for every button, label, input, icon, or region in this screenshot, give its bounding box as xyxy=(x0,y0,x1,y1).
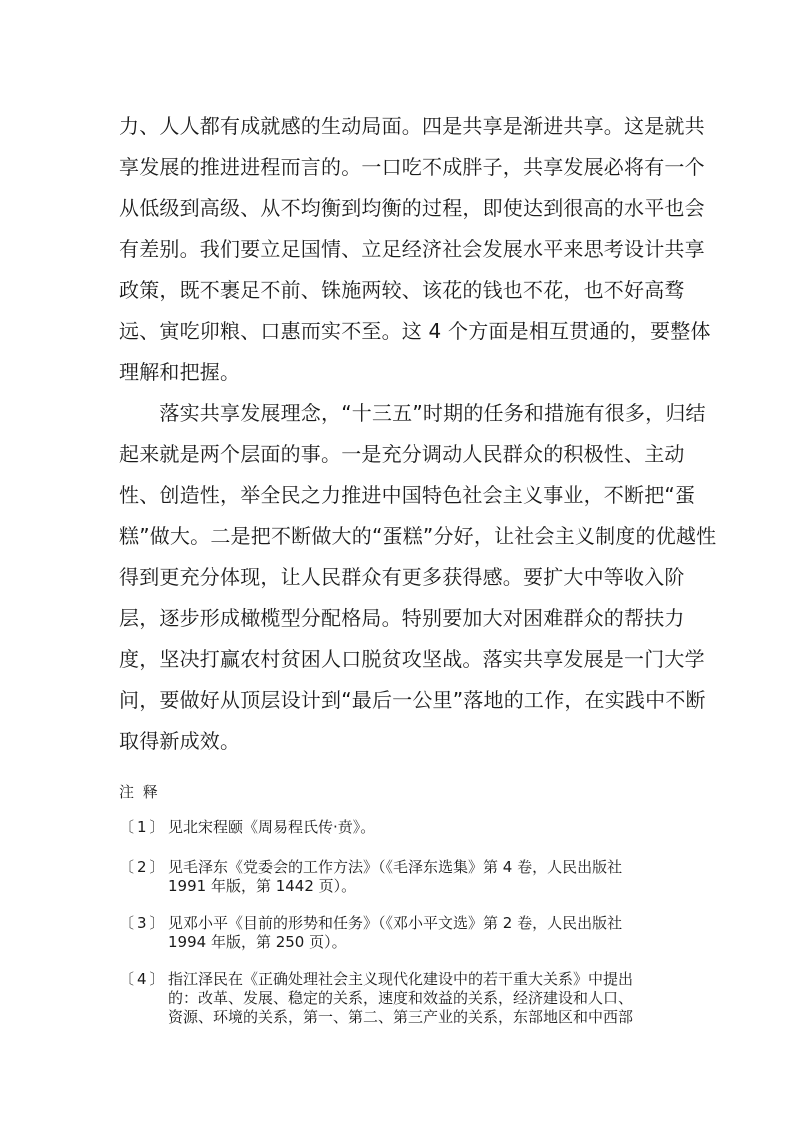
footnote-text: 见邓小平《目前的形势和任务》（《邓小平文选》第 2 卷，人民出版社 1994 年… xyxy=(168,914,708,952)
body-line: 度，坚决打赢农村贫困人口脱贫攻坚战。落实共享发展是一门大学 xyxy=(119,647,699,671)
body-line: 力、人人都有成就感的生动局面。四是共享是渐进共享。这是就共 xyxy=(119,114,699,138)
body-line: 有差别。我们要立足国情、立足经济社会发展水平来思考设计共享 xyxy=(119,237,699,261)
footnote-number: 〔3〕 xyxy=(119,914,168,933)
footnote-number: 〔2〕 xyxy=(119,858,168,877)
body-line: 享发展的推进进程而言的。一口吃不成胖子，共享发展必将有一个 xyxy=(119,155,699,179)
body-line: 远、寅吃卯粮、口惠而实不至。这 4 个方面是相互贯通的，要整体 xyxy=(119,319,699,343)
document-page: 力、人人都有成就感的生动局面。四是共享是渐进共享。这是就共 享发展的推进进程而言… xyxy=(0,0,800,1130)
footnote-number: 〔4〕 xyxy=(119,970,168,989)
body-line: 问，要做好从顶层设计到“最后一公里”落地的工作，在实践中不断 xyxy=(119,688,699,712)
body-line: 层，逐步形成橄榄型分配格局。特别要加大对困难群众的帮扶力 xyxy=(119,606,699,630)
body-line: 从低级到高级、从不均衡到均衡的过程，即使达到很高的水平也会 xyxy=(119,196,699,220)
body-line: 得到更充分体现，让人民群众有更多获得感。要扩大中等收入阶 xyxy=(119,565,699,589)
footnote-text: 见北宋程颐《周易程氏传·贲》。 xyxy=(168,818,708,837)
body-line: 取得新成效。 xyxy=(119,729,699,753)
body-line: 性、创造性，举全民之力推进中国特色社会主义事业，不断把“蛋 xyxy=(119,483,699,507)
footnote-number: 〔1〕 xyxy=(119,818,168,837)
notes-heading: 注 释 xyxy=(119,782,160,802)
body-line: 起来就是两个层面的事。一是充分调动人民群众的积极性、主动 xyxy=(119,442,699,466)
body-line: 理解和把握。 xyxy=(119,360,699,384)
footnote-text: 见毛泽东《党委会的工作方法》（《毛泽东选集》第 4 卷，人民出版社 1991 年… xyxy=(168,858,708,896)
body-line: 落实共享发展理念，“十三五”时期的任务和措施有很多，归结 xyxy=(119,401,699,425)
body-line: 政策，既不裹足不前、铢施两较、该花的钱也不花，也不好高骛 xyxy=(119,278,699,302)
footnote-text: 指江泽民在《正确处理社会主义现代化建设中的若干重大关系》中提出 的：改革、发展、… xyxy=(168,970,708,1027)
body-line: 糕”做大。二是把不断做大的“蛋糕”分好，让社会主义制度的优越性 xyxy=(119,524,699,548)
